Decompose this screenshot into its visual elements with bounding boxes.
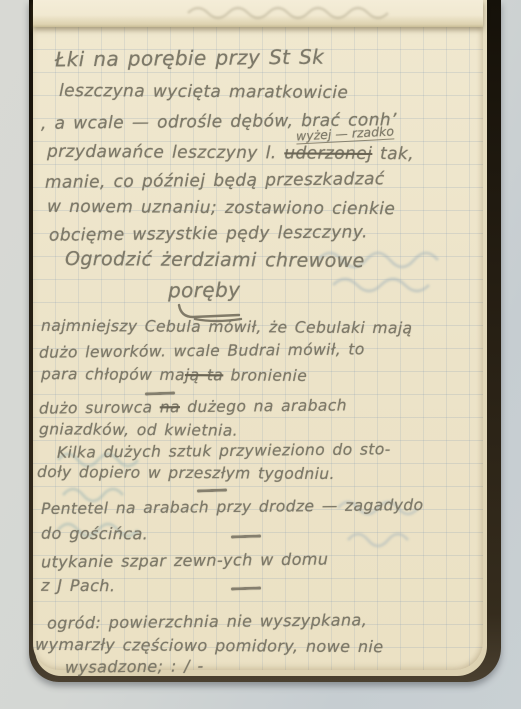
handwritten-line: dużo surowca na dużego na arabach bbox=[39, 396, 347, 417]
line-text: Łki na porębie przy St Sk bbox=[55, 45, 324, 72]
handwritten-line: utykanie szpar zewn-ych w domu bbox=[41, 549, 329, 571]
line-text: Pentetel na arabach przy drodze — zagady… bbox=[41, 496, 424, 518]
line-text: Ogrodzić żerdziami chrewowe bbox=[65, 248, 365, 272]
struck-text: uderzonej bbox=[284, 143, 372, 164]
line-text: leszczyna wycięta maratkowicie bbox=[59, 81, 348, 103]
pencil-dash-stroke bbox=[231, 534, 261, 538]
line-text: manie, co później będą przeszkadzać bbox=[45, 169, 385, 193]
handwritten-line: w nowem uznaniu; zostawiono cienkie bbox=[47, 197, 395, 219]
pencil-dash-stroke bbox=[231, 586, 261, 590]
line-text: przydawańce leszczyny l. bbox=[47, 142, 284, 164]
line-text: utykanie szpar zewn-ych w domu bbox=[41, 549, 329, 571]
struck-text: na bbox=[160, 398, 180, 416]
line-text: dużego na arabach bbox=[180, 396, 347, 416]
line-text: dużo leworków. wcale Budrai mówił, to bbox=[39, 340, 365, 361]
handwritten-line: leszczyna wycięta maratkowicie bbox=[59, 81, 348, 103]
handwritten-line: Kilka dużych sztuk przywieziono do sto- bbox=[57, 440, 391, 461]
handwritten-line: z J Pach. bbox=[41, 576, 116, 596]
handwritten-line: Łki na porębie przy St Sk bbox=[55, 45, 324, 72]
handwritten-line: ogród: powierzchnia nie wyszypkana, bbox=[47, 610, 367, 632]
pencil-dash-stroke bbox=[197, 488, 227, 492]
line-text: w nowem uznaniu; zostawiono cienkie bbox=[47, 197, 395, 219]
handwritten-line: manie, co później będą przeszkadzać bbox=[45, 169, 385, 193]
line-text: obcięme wszystkie pędy leszczyny. bbox=[49, 222, 368, 245]
handwritten-line: para chłopów mają ta bronienie bbox=[41, 365, 307, 385]
handwritten-line: do gościńca. bbox=[41, 524, 148, 544]
line-text: gniazdków, od kwietnia. bbox=[39, 420, 238, 439]
handwritten-heading: poręby bbox=[168, 278, 241, 303]
handwritten-line: Pentetel na arabach przy drodze — zagady… bbox=[41, 496, 424, 518]
line-text: poręby bbox=[168, 278, 241, 303]
line-text: Kilka dużych sztuk przywieziono do sto- bbox=[57, 440, 391, 461]
handwritten-line: doły dopiero w przeszłym tygodniu. bbox=[37, 463, 335, 483]
handwritten-line: przydawańce leszczyny l. uderzonej tak, bbox=[47, 142, 414, 165]
line-text: doły dopiero w przeszłym tygodniu. bbox=[37, 463, 335, 483]
struck-text: ją ta bbox=[185, 366, 223, 384]
line-text: ogród: powierzchnia nie wyszypkana, bbox=[47, 610, 367, 632]
line-text: dużo surowca bbox=[39, 398, 160, 417]
line-text: do gościńca. bbox=[41, 524, 148, 544]
handwritten-line: wysadzone; : / - bbox=[65, 656, 204, 676]
pencil-dash-stroke bbox=[145, 391, 175, 395]
line-text: najmniejszy Cebula mówił, że Cebulaki ma… bbox=[41, 317, 413, 338]
handwritten-line: wymarzły częściowo pomidory, nowe nie bbox=[35, 635, 384, 656]
handwritten-notes: Łki na porębie przy St Sk leszczyna wyci… bbox=[33, 0, 483, 670]
line-text: z J Pach. bbox=[41, 576, 116, 596]
handwritten-heading: Ogrodzić żerdziami chrewowe bbox=[65, 248, 365, 272]
line-text: wysadzone; : / - bbox=[65, 656, 204, 676]
handwritten-line: dużo leworków. wcale Budrai mówił, to bbox=[39, 340, 365, 361]
line-text: wymarzły częściowo pomidory, nowe nie bbox=[35, 635, 384, 656]
scanned-notebook-photo: Łki na porębie przy St Sk leszczyna wyci… bbox=[0, 0, 521, 709]
line-text: bronienie bbox=[223, 366, 307, 385]
handwritten-line: obcięme wszystkie pędy leszczyny. bbox=[49, 222, 368, 245]
handwritten-line: najmniejszy Cebula mówił, że Cebulaki ma… bbox=[41, 317, 413, 338]
line-text: tak, bbox=[372, 144, 414, 164]
handwritten-line: gniazdków, od kwietnia. bbox=[39, 420, 238, 439]
line-text: para chłopów ma bbox=[41, 365, 185, 384]
